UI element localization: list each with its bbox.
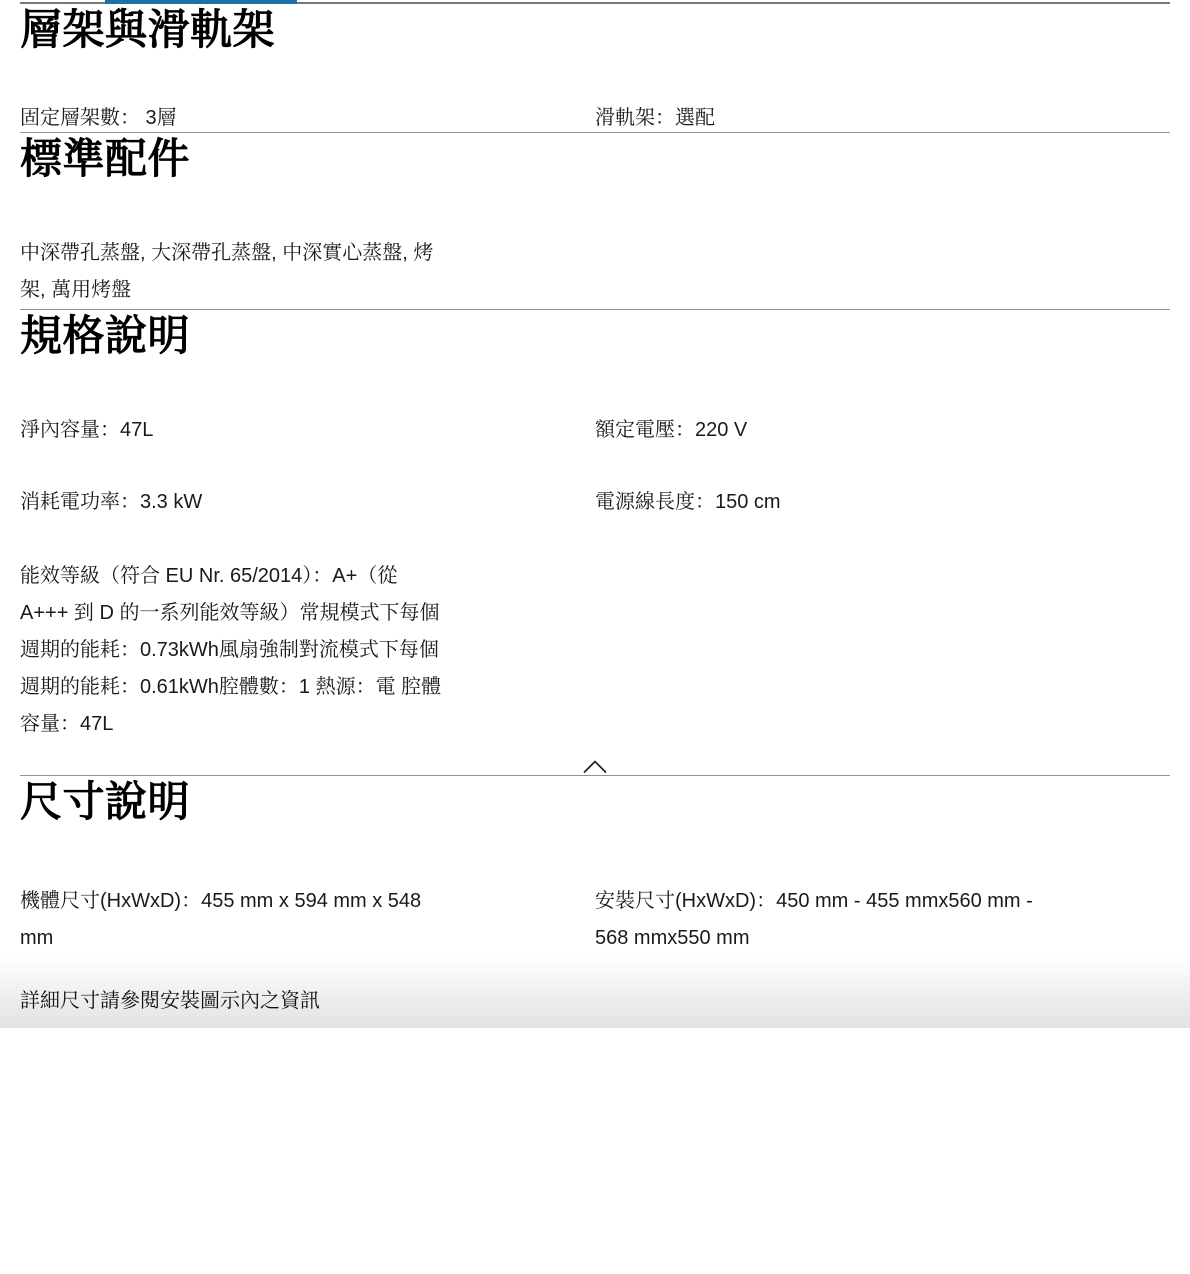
rated-voltage: 額定電壓：220 V — [595, 416, 1170, 444]
section-title-accessories: 標準配件 — [20, 133, 1170, 185]
fixed-shelf-count: 固定層架數： 3層 — [20, 104, 595, 132]
specs-row: 淨內容量：47L 額定電壓：220 V — [20, 416, 1170, 444]
racks-row: 固定層架數： 3層 滑軌架：選配 — [20, 104, 1170, 132]
installation-dimensions: 安裝尺寸(HxWxD)：450 mm - 455 mmx560 mm - 568… — [595, 883, 1170, 957]
section-title-dimensions: 尺寸說明 — [20, 776, 1170, 828]
dimensions-footnote: 詳細尺寸請參閱安裝圖示內之資訊 — [20, 987, 1170, 1015]
unit-dimensions: 機體尺寸(HxWxD)：455 mm x 594 mm x 548 mm — [20, 883, 595, 957]
collapse-section-button[interactable] — [582, 760, 608, 774]
net-capacity: 淨內容量：47L — [20, 416, 595, 444]
slide-rack: 滑軌架：選配 — [595, 104, 1170, 132]
dimensions-row: 機體尺寸(HxWxD)：455 mm x 594 mm x 548 mm 安裝尺… — [20, 883, 1170, 957]
section-title-racks: 層架與滑軌架 — [20, 4, 1170, 56]
power-consumption: 消耗電功率：3.3 kW — [20, 488, 595, 516]
chevron-up-icon — [582, 760, 608, 774]
spec-page: 層架與滑軌架 固定層架數： 3層 滑軌架：選配 標準配件 中深帶孔蒸盤, 大深帶… — [0, 0, 1190, 1274]
tab-bar-cutoff — [0, 0, 1190, 4]
accessories-list: 中深帶孔蒸盤, 大深帶孔蒸盤, 中深實心蒸盤, 烤 架, 萬用烤盤 — [20, 235, 580, 309]
energy-efficiency-text: 能效等級（符合 EU Nr. 65/2014）：A+（從 A+++ 到 D 的一… — [20, 558, 580, 743]
section-title-specs: 規格說明 — [20, 310, 1170, 362]
dimensions-footer: 詳細尺寸請參閱安裝圖示內之資訊 — [0, 957, 1190, 1028]
collapse-row — [0, 759, 1190, 775]
active-tab-indicator — [105, 0, 297, 4]
power-cord-length: 電源線長度：150 cm — [595, 488, 1170, 516]
specs-row: 消耗電功率：3.3 kW 電源線長度：150 cm — [20, 488, 1170, 516]
